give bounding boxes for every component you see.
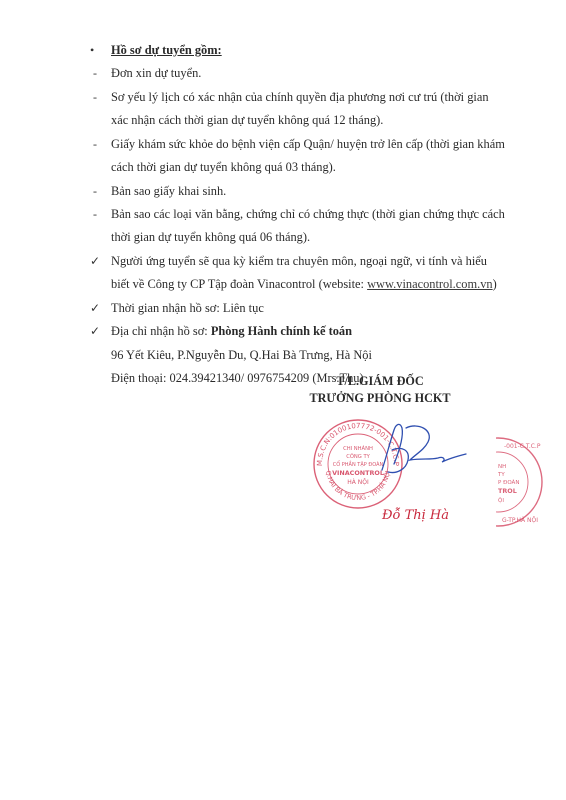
item-application-letter: Đơn xin dự tuyển.: [111, 65, 201, 81]
exam-note-prefix: biết về Công ty CP Tập đoàn Vinacontrol …: [111, 277, 367, 291]
svg-text:TROL: TROL: [498, 487, 517, 495]
partial-stamp: NH TY P ĐOÀN TROL ỘI -001-C.T.C.P G-TP.H…: [496, 436, 566, 528]
dash-marker: -: [93, 65, 97, 81]
dash-marker: -: [93, 89, 97, 105]
item-health-line1: Giấy khám sức khỏe do bệnh viện cấp Quận…: [111, 136, 505, 152]
stamp-line-5: HÀ NỘI: [347, 479, 369, 486]
item-cv-line1: Sơ yếu lý lịch có xác nhận của chính quy…: [111, 89, 489, 105]
address-line: Địa chỉ nhận hồ sơ: Phòng Hành chính kế …: [111, 323, 352, 339]
signer-name: Đỗ Thị Hà: [382, 508, 449, 523]
check-icon: ✓: [90, 253, 100, 269]
svg-text:-001-C.T.C.P: -001-C.T.C.P: [504, 443, 541, 450]
bullet-marker: •: [90, 42, 94, 58]
section-heading: Hồ sơ dự tuyển gồm:: [111, 42, 222, 58]
stamp-line-3: CỔ PHẦN TẬP ĐOÀN: [333, 460, 384, 468]
signature-title-head: TRƯỞNG PHÒNG HCKT: [280, 390, 480, 406]
dash-marker: -: [93, 183, 97, 199]
exam-note-line2: biết về Công ty CP Tập đoàn Vinacontrol …: [111, 276, 497, 292]
item-health-line2: cách thời gian dự tuyển không quá 03 thá…: [111, 159, 336, 175]
stamp-line-4: VINACONTROL: [332, 469, 384, 477]
exam-note-line1: Người ứng tuyển sẽ qua kỳ kiểm tra chuyê…: [111, 253, 487, 269]
document-page: • Hồ sơ dự tuyển gồm: - Đơn xin dự tuyển…: [0, 0, 566, 800]
svg-text:P ĐOÀN: P ĐOÀN: [498, 479, 519, 486]
check-icon: ✓: [90, 323, 100, 339]
svg-text:ỘI: ỘI: [498, 497, 504, 504]
svg-text:G-TP.HÀ NỘI: G-TP.HÀ NỘI: [502, 517, 538, 524]
item-birth-certificate: Bản sao giấy khai sinh.: [111, 183, 226, 199]
website-link[interactable]: www.vinacontrol.com.vn: [367, 277, 493, 291]
item-diplomas-line2: thời gian dự tuyển không quá 06 tháng).: [111, 229, 310, 245]
dash-marker: -: [93, 206, 97, 222]
handwritten-signature: [378, 420, 468, 482]
stamp-line-2: CÔNG TY: [346, 453, 370, 460]
signature-title-director: T/L.GIÁM ĐỐC: [280, 373, 480, 389]
exam-note-suffix: ): [493, 277, 497, 291]
item-diplomas-line1: Bản sao các loại văn bằng, chứng chỉ có …: [111, 206, 505, 222]
stamp-line-1: CHI NHÁNH: [343, 445, 373, 452]
address-department: Phòng Hành chính kế toán: [211, 324, 352, 338]
svg-text:NH: NH: [498, 464, 506, 470]
check-icon: ✓: [90, 300, 100, 316]
dash-marker: -: [93, 136, 97, 152]
address-street: 96 Yết Kiêu, P.Nguyễn Du, Q.Hai Bà Trưng…: [111, 347, 372, 363]
svg-text:TY: TY: [497, 472, 505, 478]
item-cv-line2: xác nhận cách thời gian dự tuyển không q…: [111, 112, 383, 128]
receive-time: Thời gian nhận hồ sơ: Liên tục: [111, 300, 264, 316]
address-label: Địa chỉ nhận hồ sơ:: [111, 324, 211, 338]
